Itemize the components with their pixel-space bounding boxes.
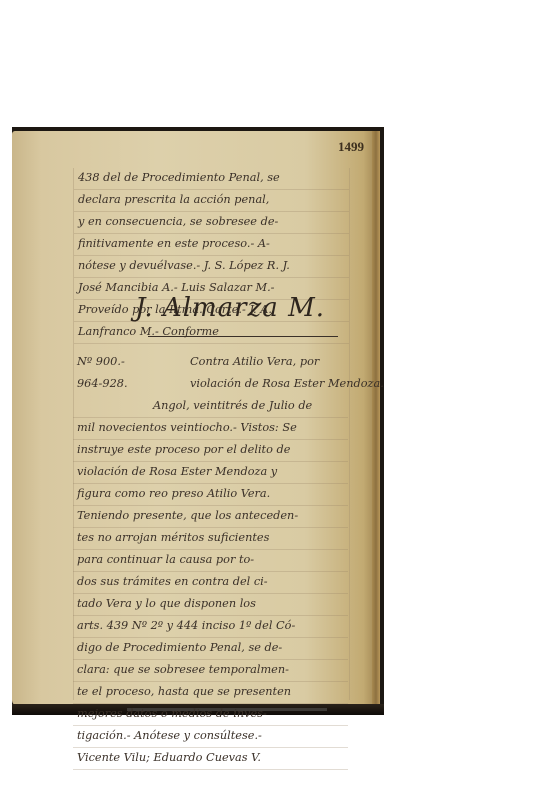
text-line: Vicente Vilu; Eduardo Cuevas V. (73, 748, 348, 770)
case-body: Angol, veintitrés de Julio de mil noveci… (73, 396, 348, 770)
signature: J. Almarza M. (135, 293, 325, 323)
text-line: te el proceso, hasta que se presenten (73, 682, 348, 704)
text-line: nótese y devuélvase.- J. S. López R. J. (74, 256, 349, 278)
text-line: tigación.- Anótese y consúltese.- (73, 726, 348, 748)
case-heading-line1: Contra Atilio Vera, por (190, 355, 319, 368)
page-number: 1499 (338, 139, 364, 155)
text-line: Teniendo presente, que los anteceden- (73, 506, 348, 528)
text-line: violación de Rosa Ester Mendoza y (73, 462, 348, 484)
text-line: mil novecientos veintiocho.- Vistos: Se (73, 418, 348, 440)
page-edge (372, 131, 380, 706)
text-line: digo de Procedimiento Penal, se de- (73, 638, 348, 660)
text-line: dos sus trámites en contra del ci- (73, 572, 348, 594)
text-line: finitivamente en este proceso.- A- (74, 234, 349, 256)
text-line: tes no arrojan méritos suficientes (73, 528, 348, 550)
signature-underline (148, 336, 338, 337)
text-line: 438 del de Procedimiento Penal, se (74, 168, 349, 190)
text-line: para continuar la causa por to- (73, 550, 348, 572)
text-line: figura como reo preso Atilio Vera. (73, 484, 348, 506)
case-heading-line2: violación de Rosa Ester Mendoza. (190, 377, 384, 390)
text-line: mejores datos o medios de inves- (73, 704, 348, 726)
text-line: clara: que se sobresee temporalmen- (73, 660, 348, 682)
text-line: y en consecuencia, se sobresee de- (74, 212, 349, 234)
text-line: arts. 439 Nº 2º y 444 inciso 1º del Có- (73, 616, 348, 638)
text-line: Lanfranco M.- Conforme (74, 322, 349, 344)
text-line: Angol, veintitrés de Julio de (73, 396, 348, 418)
text-line: instruye este proceso por el delito de (73, 440, 348, 462)
text-line: declara prescrita la acción penal, (74, 190, 349, 212)
case-reference: 964-928. (77, 377, 128, 390)
text-line: tado Vera y lo que disponen los (73, 594, 348, 616)
case-number: Nº 900.- (77, 355, 125, 368)
